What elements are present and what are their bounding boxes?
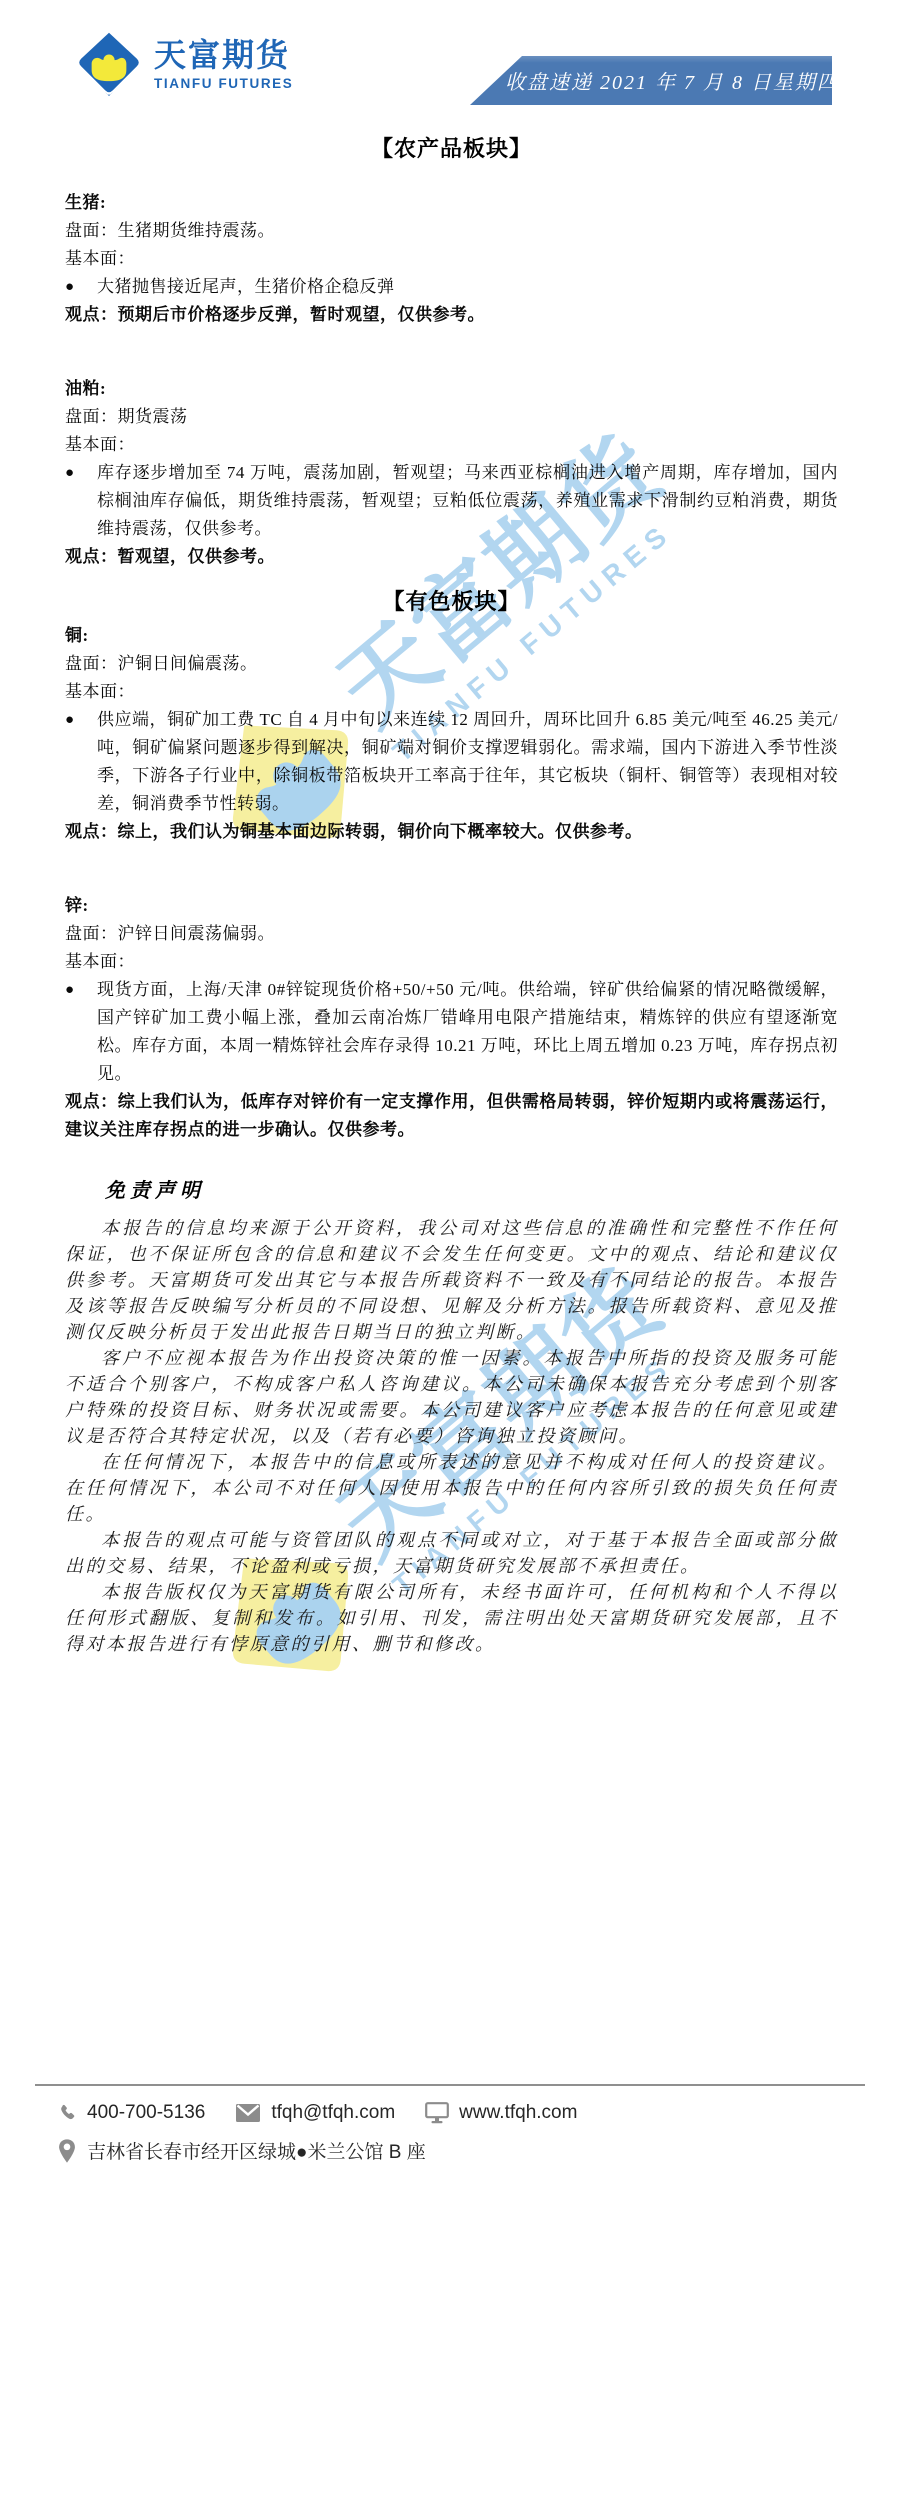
phone-number: 400-700-5136 — [87, 2102, 205, 2124]
address-item: 吉林省长春市经开区绿城●米兰公馆 B 座 — [57, 2137, 426, 2164]
bullet-text: 库存逐步增加至 74 万吨，震荡加剧，暂观望；马来西亚棕榈油进入增产周期，库存增… — [97, 463, 838, 538]
report-type-banner: 收盘速递 2021 年 7 月 8 日星期四 — [470, 56, 832, 105]
disclaimer-section: 免责声明 本报告的信息均来源于公开资料，我公司对这些信息的准确性和完整性不作任何… — [65, 1174, 838, 1657]
header: 天富期货 TIANFU FUTURES 收盘速递 2021 年 7 月 8 日星… — [0, 0, 900, 112]
disclaimer-paragraph: 本报告的观点可能与资管团队的观点不同或对立，对于基于本报告全面或部分做出的交易、… — [65, 1527, 838, 1579]
bullet-icon: ● — [65, 273, 75, 301]
footer: 400-700-5136 tfqh@tfqh.com www.tfqh.com — [57, 2102, 607, 2164]
address-text: 吉林省长春市经开区绿城●米兰公馆 B 座 — [87, 2137, 426, 2164]
bullet-text: 供应端，铜矿加工费 TC 自 4 月中旬以来连续 12 周回升，周环比回升 6.… — [97, 710, 838, 813]
fundamentals-label: 基本面： — [65, 431, 838, 459]
report-page: 天富期货 TIANFU FUTURES 天富期货 TIANFU FUTURES … — [0, 0, 900, 2494]
brand-name-cn: 天富期货 — [154, 39, 293, 73]
phone-icon — [57, 2103, 77, 2123]
fundamentals-bullet: ●供应端，铜矿加工费 TC 自 4 月中旬以来连续 12 周回升，周环比回升 6… — [65, 706, 838, 818]
market-line: 盘面：沪铜日间偏震荡。 — [65, 650, 838, 678]
fundamentals-label: 基本面： — [65, 245, 838, 273]
product-section-hog: 生猪: 盘面：生猪期货维持震荡。 基本面： ●大猪抛售接近尾声，生猪价格企稳反弹… — [65, 189, 838, 329]
email-icon — [235, 2103, 261, 2123]
fundamentals-bullet: ●大猪抛售接近尾声，生猪价格企稳反弹 — [65, 273, 838, 301]
market-line: 盘面：生猪期货维持震荡。 — [65, 217, 838, 245]
location-pin-icon — [57, 2138, 77, 2164]
email-address: tfqh@tfqh.com — [271, 2102, 395, 2124]
fundamentals-label: 基本面： — [65, 678, 838, 706]
bullet-text: 大猪抛售接近尾声，生猪价格企稳反弹 — [97, 277, 395, 296]
brand-diamond-icon — [78, 28, 140, 102]
product-name: 铜: — [65, 622, 838, 650]
section-title-agriculture: 【农产品板块】 — [65, 132, 838, 163]
email-link[interactable]: tfqh@tfqh.com — [235, 2102, 395, 2124]
fundamentals-bullet: ●库存逐步增加至 74 万吨，震荡加剧，暂观望；马来西亚棕榈油进入增产周期，库存… — [65, 459, 838, 543]
footer-address-row: 吉林省长春市经开区绿城●米兰公馆 B 座 — [57, 2137, 607, 2164]
product-section-copper: 铜: 盘面：沪铜日间偏震荡。 基本面： ●供应端，铜矿加工费 TC 自 4 月中… — [65, 622, 838, 846]
footer-divider — [35, 2084, 865, 2086]
section-title-nonferrous: 【有色板块】 — [65, 585, 838, 616]
market-line: 盘面：沪锌日间震荡偏弱。 — [65, 920, 838, 948]
brand-name-en: TIANFU FUTURES — [154, 76, 293, 91]
product-section-zinc: 锌: 盘面：沪锌日间震荡偏弱。 基本面： ●现货方面，上海/天津 0#锌锭现货价… — [65, 892, 838, 1144]
market-line: 盘面：期货震荡 — [65, 403, 838, 431]
website-link[interactable]: www.tfqh.com — [425, 2102, 577, 2124]
bullet-icon: ● — [65, 976, 75, 1004]
report-date-text: 收盘速递 2021 年 7 月 8 日星期四 — [505, 66, 839, 95]
brand-text: 天富期货 TIANFU FUTURES — [154, 39, 293, 91]
footer-contact-row: 400-700-5136 tfqh@tfqh.com www.tfqh.com — [57, 2102, 607, 2124]
website-url: www.tfqh.com — [459, 2102, 577, 2124]
phone-link[interactable]: 400-700-5136 — [57, 2102, 205, 2124]
disclaimer-paragraph: 客户不应视本报告为作出投资决策的惟一因素。本报告中所指的投资及服务可能不适合个别… — [65, 1345, 838, 1449]
report-body: 【农产品板块】 生猪: 盘面：生猪期货维持震荡。 基本面： ●大猪抛售接近尾声，… — [0, 132, 900, 1657]
bullet-icon: ● — [65, 459, 75, 487]
brand-logo: 天富期货 TIANFU FUTURES — [78, 28, 293, 102]
product-section-oil-meal: 油粕: 盘面：期货震荡 基本面： ●库存逐步增加至 74 万吨，震荡加剧，暂观望… — [65, 375, 838, 571]
product-name: 油粕: — [65, 375, 838, 403]
fundamentals-label: 基本面： — [65, 948, 838, 976]
bullet-icon: ● — [65, 706, 75, 734]
product-name: 生猪: — [65, 189, 838, 217]
disclaimer-title: 免责声明 — [105, 1174, 838, 1203]
view-line: 观点：预期后市价格逐步反弹，暂时观望，仅供参考。 — [65, 301, 838, 329]
bullet-text: 现货方面，上海/天津 0#锌锭现货价格+50/+50 元/吨。供给端，锌矿供给偏… — [97, 980, 838, 1083]
disclaimer-paragraph: 本报告的信息均来源于公开资料，我公司对这些信息的准确性和完整性不作任何保证，也不… — [65, 1215, 838, 1345]
fundamentals-bullet: ●现货方面，上海/天津 0#锌锭现货价格+50/+50 元/吨。供给端，锌矿供给… — [65, 976, 838, 1088]
view-line: 观点：暂观望，仅供参考。 — [65, 543, 838, 571]
view-line: 观点：综上，我们认为铜基本面边际转弱，铜价向下概率较大。仅供参考。 — [65, 818, 838, 846]
disclaimer-paragraph: 在任何情况下，本报告中的信息或所表述的意见并不构成对任何人的投资建议。在任何情况… — [65, 1449, 838, 1527]
monitor-icon — [425, 2102, 449, 2124]
view-line: 观点：综上我们认为，低库存对锌价有一定支撑作用，但供需格局转弱，锌价短期内或将震… — [65, 1088, 838, 1144]
disclaimer-paragraph: 本报告版权仅为天富期货有限公司所有，未经书面许可，任何机构和个人不得以任何形式翻… — [65, 1579, 838, 1657]
product-name: 锌: — [65, 892, 838, 920]
